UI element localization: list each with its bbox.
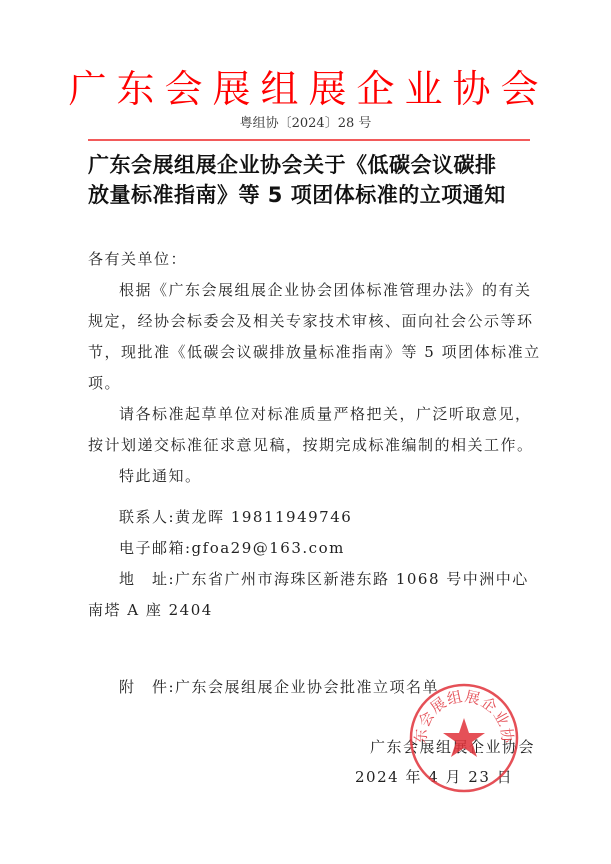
contact-block: 联系人:黄龙晖 19811949746 电子邮箱:gfoa29@163.com … [88, 502, 533, 626]
title-line-2: 放量标准指南》等 5 项团体标准的立项通知 [88, 180, 533, 210]
star-icon [443, 718, 485, 757]
document-page: 广东会展组展企业协会 粤组协〔2024〕28 号 广东会展组展企业协会关于《低碳… [0, 0, 611, 864]
contact-email: 电子邮箱:gfoa29@163.com [88, 533, 533, 564]
paragraph-2-line-2: 按计划递交标准征求意见稿，按期完成标准编制的相关工作。 [88, 430, 533, 461]
document-title: 广东会展组展企业协会关于《低碳会议碳排 放量标准指南》等 5 项团体标准的立项通… [88, 150, 533, 210]
document-number: 粤组协〔2024〕28 号 [0, 115, 611, 133]
paragraph-2-line-1: 请各标准起草单位对标准质量严格把关，广泛听取意见， [88, 399, 533, 430]
paragraph-1-line-3: 节，现批准《低碳会议碳排放量标准指南》等 5 项团体标准立 [88, 337, 533, 368]
contact-address-line-1: 地 址:广东省广州市海珠区新港东路 1068 号中洲中心 [88, 564, 533, 595]
contact-address-line-2: 南塔 A 座 2404 [88, 595, 533, 626]
official-seal-stamp: 广东会展组展企业协会 [408, 682, 520, 794]
paragraph-1-line-4: 项。 [88, 368, 533, 399]
title-line-1: 广东会展组展企业协会关于《低碳会议碳排 [88, 150, 533, 180]
closing-text: 特此通知。 [88, 461, 533, 492]
paragraph-1-line-1: 根据《广东会展组展企业协会团体标准管理办法》的有关 [88, 275, 533, 306]
contact-person: 联系人:黄龙晖 19811949746 [88, 502, 533, 533]
salutation: 各有关单位： [88, 244, 533, 275]
paragraph-1-line-2: 规定，经协会标委会及相关专家技术审核、面向社会公示等环 [88, 306, 533, 337]
header-divider [88, 139, 530, 141]
masthead-org-name: 广东会展组展企业协会 [0, 64, 611, 114]
document-body: 各有关单位： 根据《广东会展组展企业协会团体标准管理办法》的有关 规定，经协会标… [88, 244, 533, 492]
